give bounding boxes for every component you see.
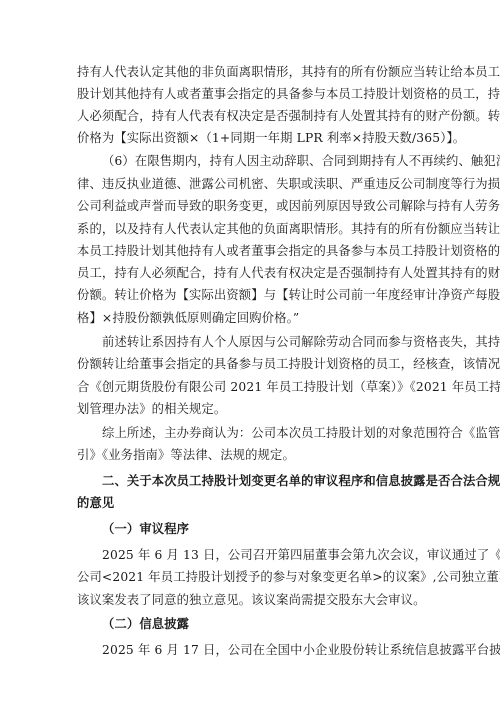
document-page: 持有人代表认定其他的非负面离职情形，其持有的所有份额应当转让给本员工持 股计划其… <box>0 0 500 707</box>
paragraph-line: 股计划其他持有人或者董事会指定的具备参与本员工持股计划资格的员工，持有 <box>77 86 427 102</box>
paragraph-line: 律、违反执业道德、泄露公司机密、失职或渎职、严重违反公司制度等行为损害 <box>77 176 427 192</box>
paragraph-line: 持有人代表认定其他的非负面离职情形，其持有的所有份额应当转让给本员工持 <box>77 64 427 80</box>
paragraph-line: 2025 年 6 月 17 日，公司在全国中小企业股份转让系统信息披露平台披露了 <box>102 642 427 658</box>
paragraph-line: 价格为【实际出资额×（1+同期一年期 LPR 利率×持股天数/365）】。 <box>77 130 427 146</box>
paragraph-line: 该议案发表了同意的独立意见。该议案尚需提交股东大会审议。 <box>77 592 427 608</box>
paragraph-line: 2025 年 6 月 13 日，公司召开第四届董事会第九次会议，审议通过了《关于 <box>102 547 427 563</box>
paragraph-line: 公司<2021 年员工持股计划授予的参与对象变更名单>的议案》,公司独立董事就 <box>77 569 427 585</box>
section-heading: 的意见 <box>77 495 427 511</box>
paragraph-line: 引》《业务指南》等法律、法规的规定。 <box>77 447 427 463</box>
paragraph-line: 系的，以及持有人代表认定其他的负面离职情形。其持有的所有份额应当转让给 <box>77 221 427 237</box>
subsection-title: （一）审议程序 <box>102 521 427 537</box>
paragraph-line: 前述转让系因持有人个人原因与公司解除劳动合同而参与资格丧失，其持有 <box>102 334 427 350</box>
paragraph-line: 合《创元期货股份有限公司 2021 年员工持股计划（草案）》《2021 年员工持… <box>77 379 427 395</box>
paragraph-line: 划管理办法》的相关规定。 <box>77 401 427 417</box>
paragraph-line: 本员工持股计划其他持有人或者董事会指定的具备参与本员工持股计划资格的 <box>77 243 427 259</box>
paragraph-line: 份额转让给董事会指定的具备参与员工持股计划资格的员工，经核查，该情况符 <box>77 356 427 372</box>
paragraph-line: 综上所述，主办券商认为：公司本次员工持股计划的对象范围符合《监管指 <box>102 425 427 441</box>
paragraph-line: 员工，持有人必须配合，持有人代表有权决定是否强制持有人处置其持有的财产 <box>77 265 427 281</box>
paragraph-line: 人必须配合，持有人代表有权决定是否强制持有人处置其持有的财产份额。转让 <box>77 108 427 124</box>
paragraph-line: 公司利益或声誉而导致的职务变更，或因前列原因导致公司解除与持有人劳务关 <box>77 198 427 214</box>
section-heading: 二、关于本次员工持股计划变更名单的审议程序和信息披露是否合法合规 <box>102 473 427 489</box>
subsection-title: （二）信息披露 <box>102 616 427 632</box>
paragraph-line: 格】×持股份额孰低原则确定回购价格。” <box>77 310 427 326</box>
paragraph-line: （6）在限售期内，持有人因主动辞职、合同到期持有人不再续约、触犯法 <box>102 153 427 169</box>
paragraph-line: 份额。转让价格为【实际出资额】与【转让时公司前一年度经审计净资产每股价 <box>77 287 427 303</box>
